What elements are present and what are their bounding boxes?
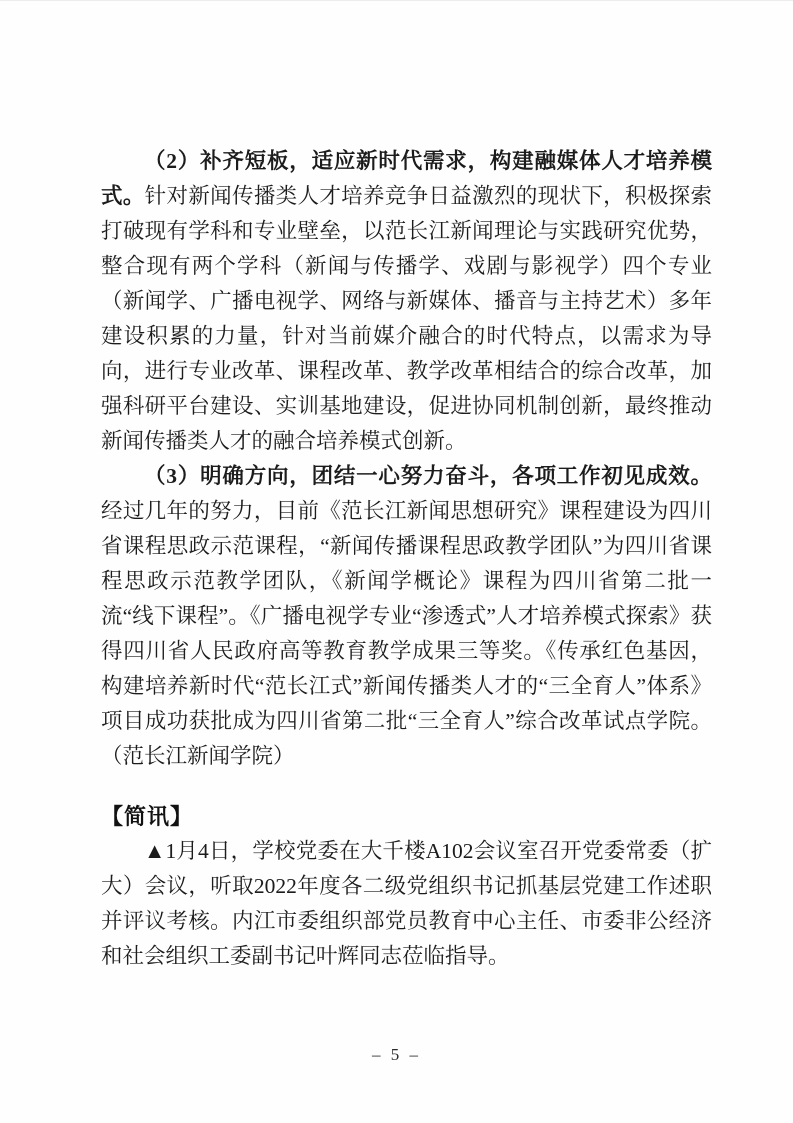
paragraph-section-3: （3）明确方向，团结一心努力奋斗，各项工作初见成效。经过几年的努力，目前《范长江… bbox=[101, 459, 712, 774]
document-page: （2）补齐短板，适应新时代需求，构建融媒体人才培养模式。针对新闻传播类人才培养竞… bbox=[0, 0, 793, 1123]
paragraph-section-2: （2）补齐短板，适应新时代需求，构建融媒体人才培养模式。针对新闻传播类人才培养竞… bbox=[101, 144, 712, 459]
page-content: （2）补齐短板，适应新时代需求，构建融媒体人才培养模式。针对新闻传播类人才培养竞… bbox=[101, 144, 712, 974]
paragraph-section-3-body: 经过几年的努力，目前《范长江新闻思想研究》课程建设为四川省课程思政示范课程，“新… bbox=[101, 499, 712, 768]
paragraph-section-2-body: 针对新闻传播类人才培养竞争日益激烈的现状下，积极探索打破现有学科和专业壁垒，以范… bbox=[101, 184, 712, 453]
paragraph-section-3-heading: （3）明确方向，团结一心努力奋斗，各项工作初见成效。 bbox=[144, 464, 712, 488]
briefs-section-heading: 【简讯】 bbox=[101, 799, 712, 834]
page-number: – 5 – bbox=[0, 1044, 793, 1066]
brief-item: ▲1月4日，学校党委在大千楼A102会议室召开党委常委（扩大）会议，听取2022… bbox=[101, 834, 712, 974]
